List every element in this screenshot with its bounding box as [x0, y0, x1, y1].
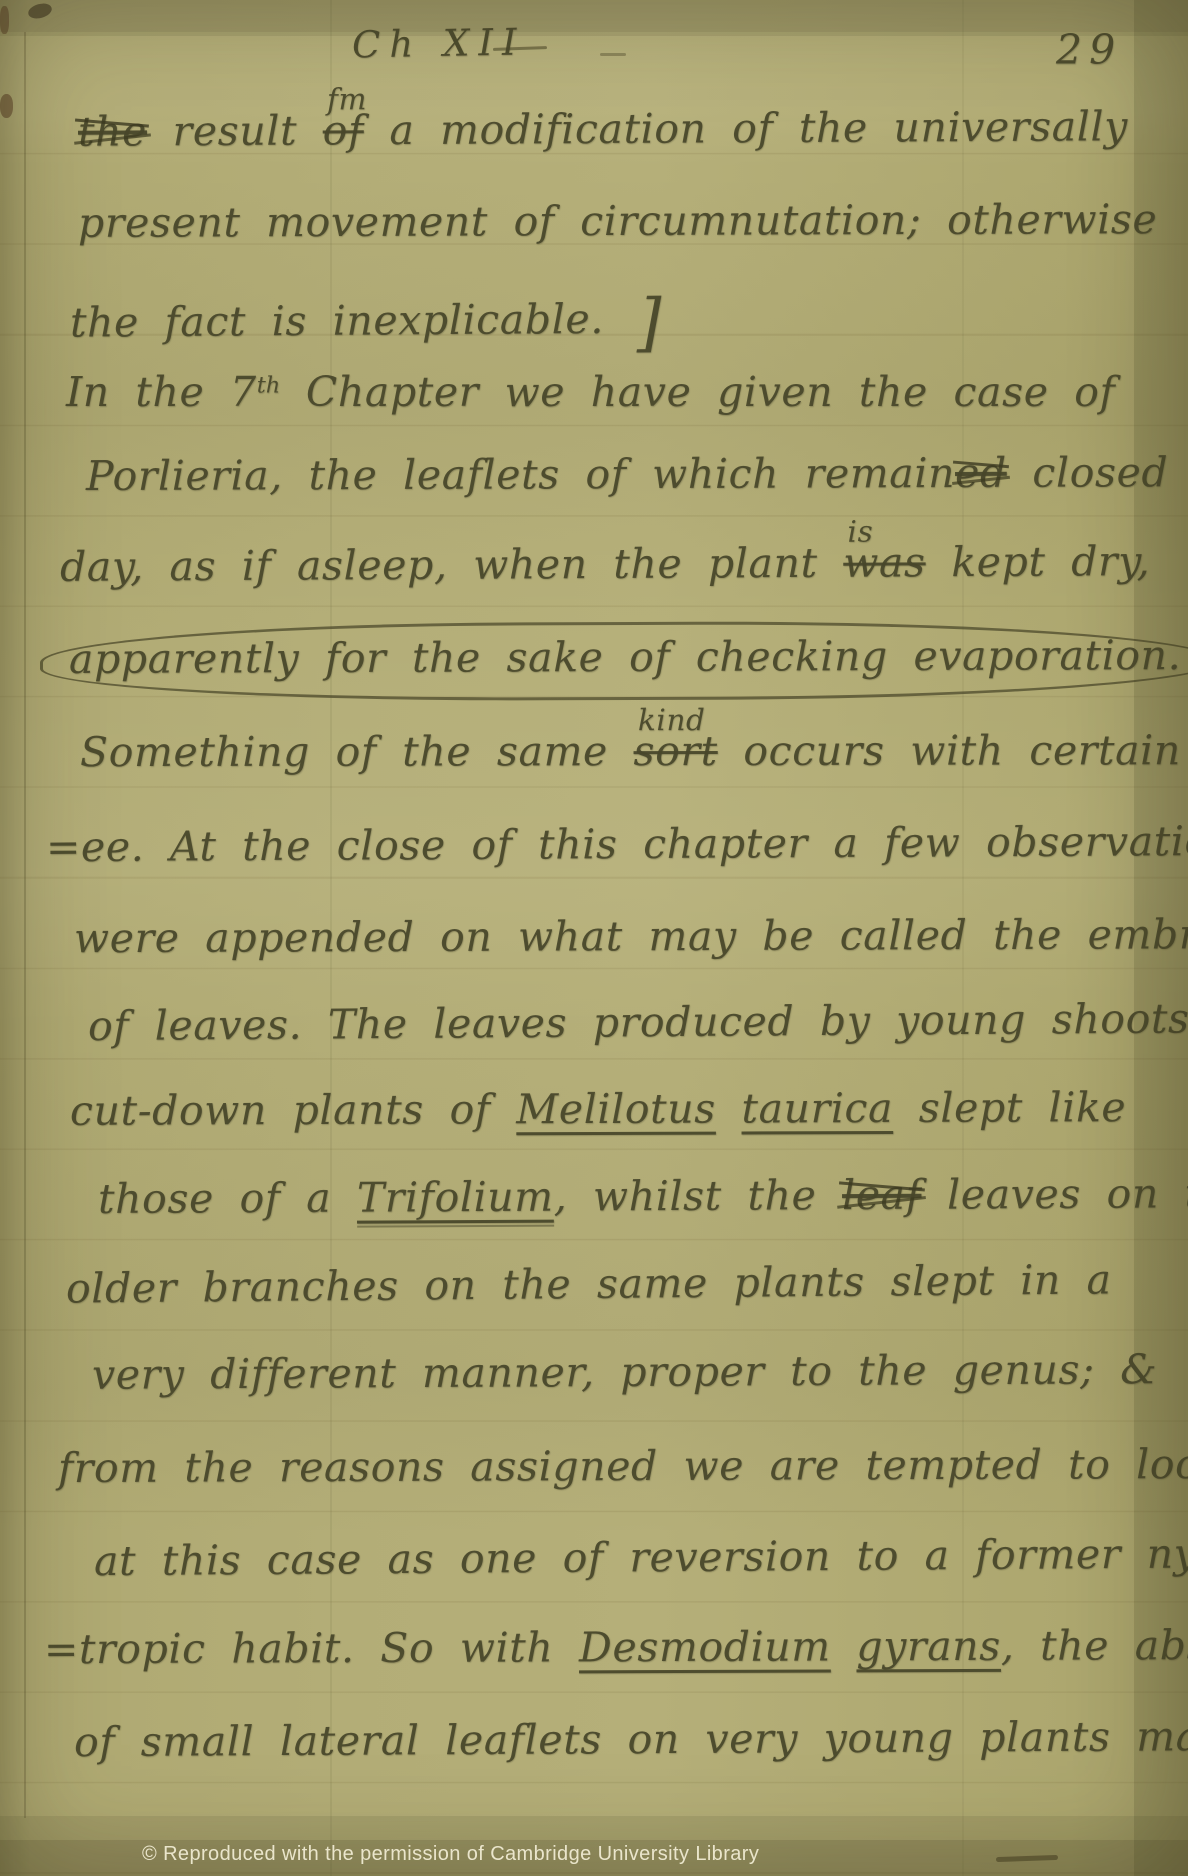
- scan-vignette: [0, 0, 1188, 1876]
- copyright-watermark: © Reproduced with the permission of Camb…: [142, 1843, 759, 1866]
- manuscript-page: Ch XII 29 the result fmof a modification…: [0, 0, 1188, 1876]
